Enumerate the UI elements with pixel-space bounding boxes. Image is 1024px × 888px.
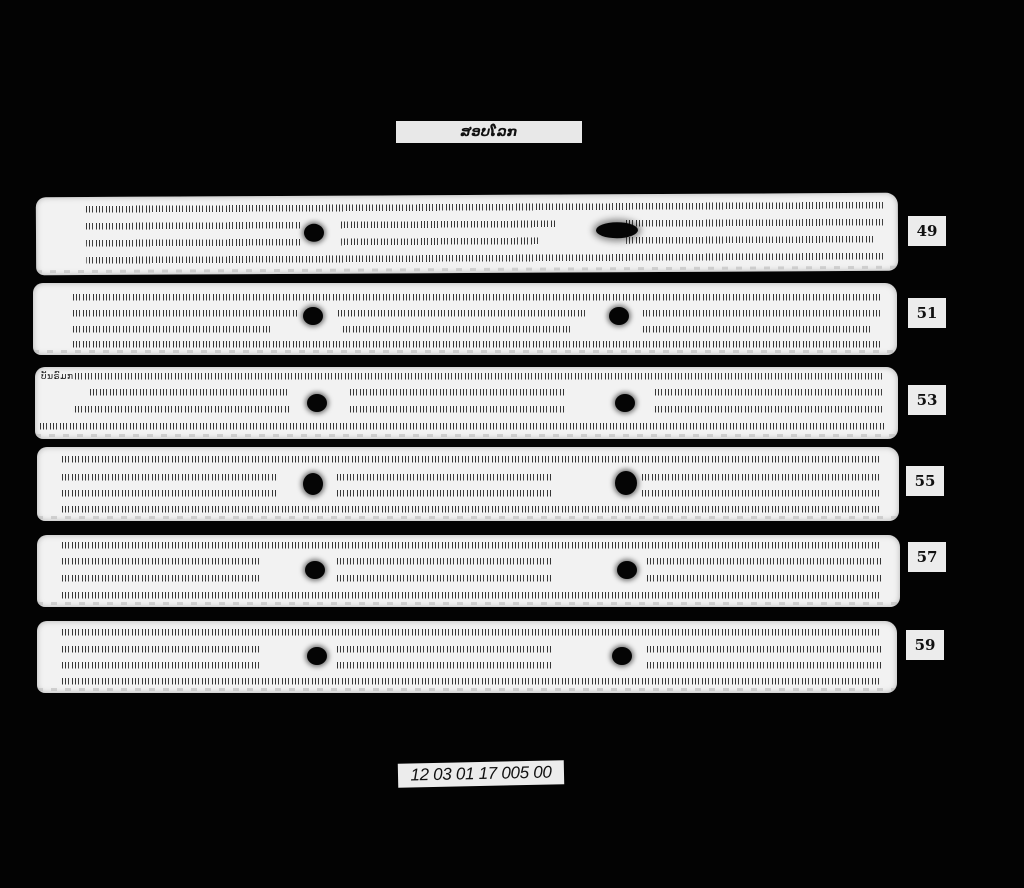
page-label-57: 57 (908, 542, 946, 572)
manuscript-line (343, 323, 573, 335)
string-hole-icon (303, 307, 323, 325)
page-label-53: 53 (908, 385, 946, 415)
page-label-59: 59 (906, 630, 944, 660)
manuscript-line (337, 487, 552, 499)
title-text: ສອບໂລກ (461, 125, 518, 140)
manuscript-line (86, 250, 886, 266)
string-hole-icon (307, 647, 327, 665)
palm-leaf-folio-51 (33, 283, 897, 355)
page-number: 57 (917, 548, 938, 566)
manuscript-line (337, 471, 552, 483)
manuscript-line (647, 572, 882, 584)
manuscript-line (75, 370, 885, 382)
archive-id-text: 12 03 01 17 005 00 (410, 763, 552, 786)
manuscript-line (73, 338, 883, 350)
page-number: 55 (915, 472, 936, 490)
manuscript-line (73, 307, 298, 319)
manuscript-line (62, 503, 882, 515)
page-number: 59 (915, 636, 936, 654)
manuscript-line (62, 643, 262, 655)
manuscript-line (643, 323, 873, 335)
manuscript-line (655, 386, 885, 398)
manuscript-line (643, 307, 883, 319)
palm-leaf-folio-57 (37, 535, 900, 607)
string-hole-icon (304, 224, 324, 242)
margin-note: ບັນຣົມກ (41, 372, 67, 384)
manuscript-line (655, 403, 885, 415)
manuscript-line (642, 471, 882, 483)
manuscript-line (626, 216, 886, 229)
manuscript-line (75, 403, 290, 415)
manuscript-line (62, 659, 262, 671)
palm-leaf-folio-59 (37, 621, 897, 693)
manuscript-line (62, 675, 882, 687)
manuscript-line (62, 555, 262, 567)
manuscript-line (86, 236, 301, 249)
manuscript-line (338, 307, 588, 319)
string-hole-icon (307, 394, 327, 412)
manuscript-line (647, 659, 882, 671)
page-number: 53 (917, 391, 938, 409)
manuscript-line (62, 589, 882, 601)
manuscript-line (62, 487, 277, 499)
manuscript-line (40, 420, 885, 432)
margin-note-text: ບັນຣົມກ (41, 372, 74, 382)
manuscript-line (73, 323, 273, 335)
manuscript-line (337, 555, 552, 567)
manuscript-line (62, 626, 882, 638)
palm-leaf-folio-49 (36, 193, 898, 276)
manuscript-line (90, 386, 290, 398)
page-number: 49 (917, 222, 938, 240)
manuscript-line (62, 572, 262, 584)
palm-leaf-folio-53: ບັນຣົມກ (35, 367, 898, 439)
manuscript-line (626, 233, 876, 246)
manuscript-line (350, 386, 565, 398)
archive-id-label: 12 03 01 17 005 00 (398, 760, 564, 787)
manuscript-line (337, 572, 552, 584)
page-label-49: 49 (908, 216, 946, 246)
string-hole-icon (609, 307, 629, 325)
string-hole-icon (612, 647, 632, 665)
string-hole-icon (615, 394, 635, 412)
manuscript-line (647, 555, 882, 567)
title-label: ສອບໂລກ (396, 121, 582, 143)
manuscript-line (341, 218, 556, 231)
page-label-55: 55 (906, 466, 944, 496)
manuscript-line (62, 539, 882, 551)
manuscript-line (62, 471, 277, 483)
manuscript-line (86, 219, 301, 232)
manuscript-line (350, 403, 565, 415)
manuscript-line (341, 235, 541, 248)
string-hole-icon (615, 471, 637, 495)
manuscript-line (647, 643, 882, 655)
page-label-51: 51 (908, 298, 946, 328)
page-number: 51 (917, 304, 938, 322)
string-hole-icon (303, 473, 323, 495)
manuscript-line (642, 487, 882, 499)
string-hole-icon (305, 561, 325, 579)
palm-leaf-folio-55 (37, 447, 899, 521)
manuscript-line (73, 291, 883, 303)
manuscript-line (337, 643, 552, 655)
manuscript-line (86, 199, 886, 215)
manuscript-line (337, 659, 552, 671)
string-hole-icon (617, 561, 637, 579)
manuscript-line (62, 453, 882, 465)
